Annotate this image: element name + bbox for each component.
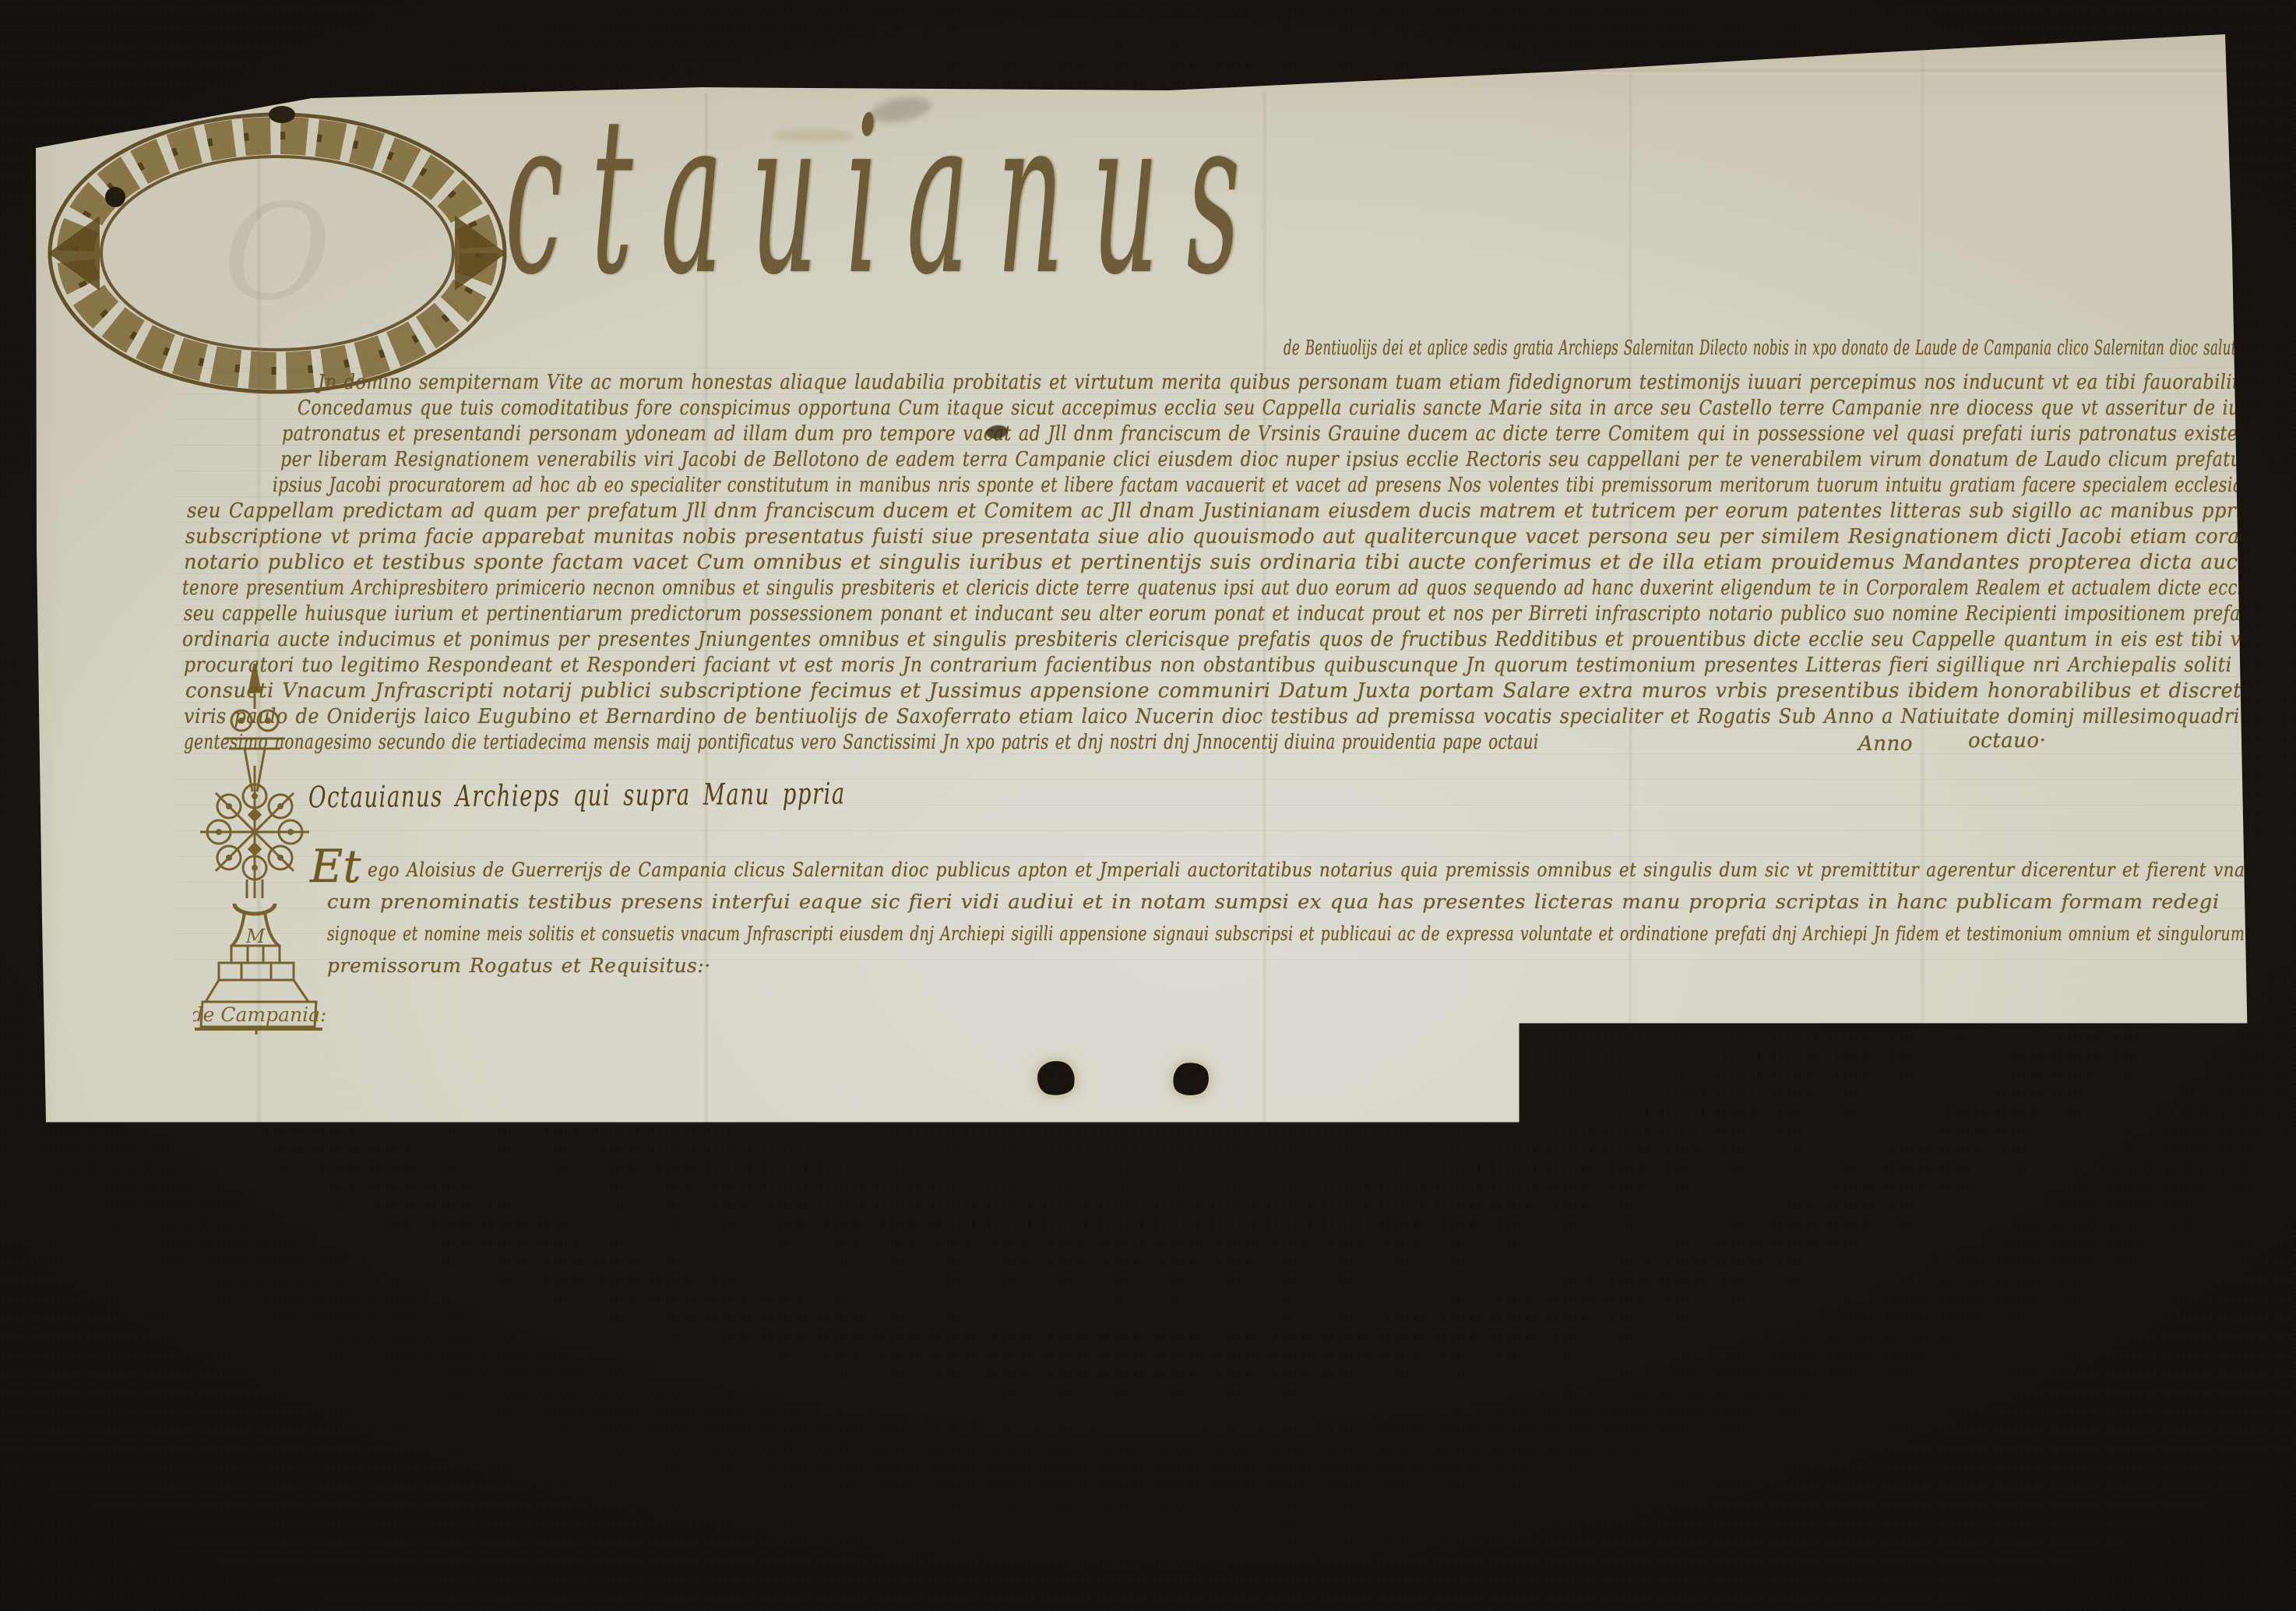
charter-text-line: subscriptione vt prima facie apparebat m… xyxy=(185,525,2296,548)
notary-text-line: ego Aloisius de Guerrerijs de Campania c… xyxy=(368,858,2296,882)
parchment-hole xyxy=(1023,1176,1083,1232)
archbishop-signature: Octauianus Archieps qui supra Manu ppria xyxy=(308,775,1049,815)
charter-date-line: gentesimo nonagesimo secundo die tertiad… xyxy=(184,731,1954,754)
parchment-hole xyxy=(1044,1316,1083,1352)
charter-text-line: Concedamus que tuis comoditatibus fore c… xyxy=(298,397,2296,420)
charter-date-octavo: octauo· xyxy=(1968,729,2046,753)
illuminated-initial-O-icon: O xyxy=(44,90,511,413)
surface-stain xyxy=(2103,1114,2196,1239)
fold-crease-vertical-4 xyxy=(1628,73,1633,1528)
parchment-hole xyxy=(1077,1186,1112,1225)
parchment-hole xyxy=(1035,1059,1077,1098)
charter-text-line: ordinaria aucte inducimus et ponimus per… xyxy=(182,628,2296,651)
notary-text-line: signoque et nomine meis solitis et consu… xyxy=(327,922,2296,946)
parchment-hole xyxy=(1179,1317,1219,1354)
charter-text-line: viris paulo de Oniderijs laico Eugubino … xyxy=(184,705,2296,728)
charter-text-line: Jn domino sempiternam Vite ac morum hone… xyxy=(318,371,2296,394)
charter-text-line: seu Cappellam predictam ad quam per pref… xyxy=(187,499,2296,523)
parchment-hole xyxy=(1171,1060,1211,1098)
notary-text-line: cum prenominatis testibus presens interf… xyxy=(327,890,2160,914)
svg-text:de Campania:: de Campania: xyxy=(193,1003,326,1026)
charter-date-anno: Anno xyxy=(1858,732,1913,756)
fold-crease-vertical-5 xyxy=(1920,55,1925,1518)
fold-crease-middle xyxy=(43,1204,2247,1211)
charter-text-line: per liberam Resignationem venerabilis vi… xyxy=(280,448,2296,471)
parchment-hole xyxy=(1378,1414,1398,1438)
photo-backdrop: O ctauianus de Bentiuolijs dei et aplice… xyxy=(0,0,2296,1611)
svg-text:M: M xyxy=(245,925,266,947)
charter-text-line: ipsius Jacobi procuratorem ad hoc ab eo … xyxy=(273,474,2296,497)
charter-text-line: consueti Vnacum Jnfrascripti notarij pub… xyxy=(185,679,2287,703)
charter-text-line: notario publico et testibus sponte facta… xyxy=(184,551,2285,574)
charter-text-line: seu cappelle huiusque iurium et pertinen… xyxy=(184,602,2296,626)
charter-text-line: tenore presentium Archipresbitero primic… xyxy=(182,576,2296,600)
fold-crease-top xyxy=(623,69,2227,75)
charter-text-line: patronatus et presentandi personam ydone… xyxy=(282,422,2296,446)
charter-text-line: procuratori tuo legitimo Respondeant et … xyxy=(184,654,2296,677)
parchment-sheet: O ctauianus de Bentiuolijs dei et aplice… xyxy=(0,0,2296,1611)
charter-text-line: de Bentiuolijs dei et aplice sedis grati… xyxy=(1284,337,2296,360)
surface-stain xyxy=(352,1514,386,1525)
svg-text:O: O xyxy=(223,176,331,330)
notary-text-line: premissorum Rogatus et Requisitus:· xyxy=(327,954,711,978)
parchment-hole xyxy=(1120,1200,1129,1212)
notarial-sign-icon: M de Campania: xyxy=(193,661,357,1035)
